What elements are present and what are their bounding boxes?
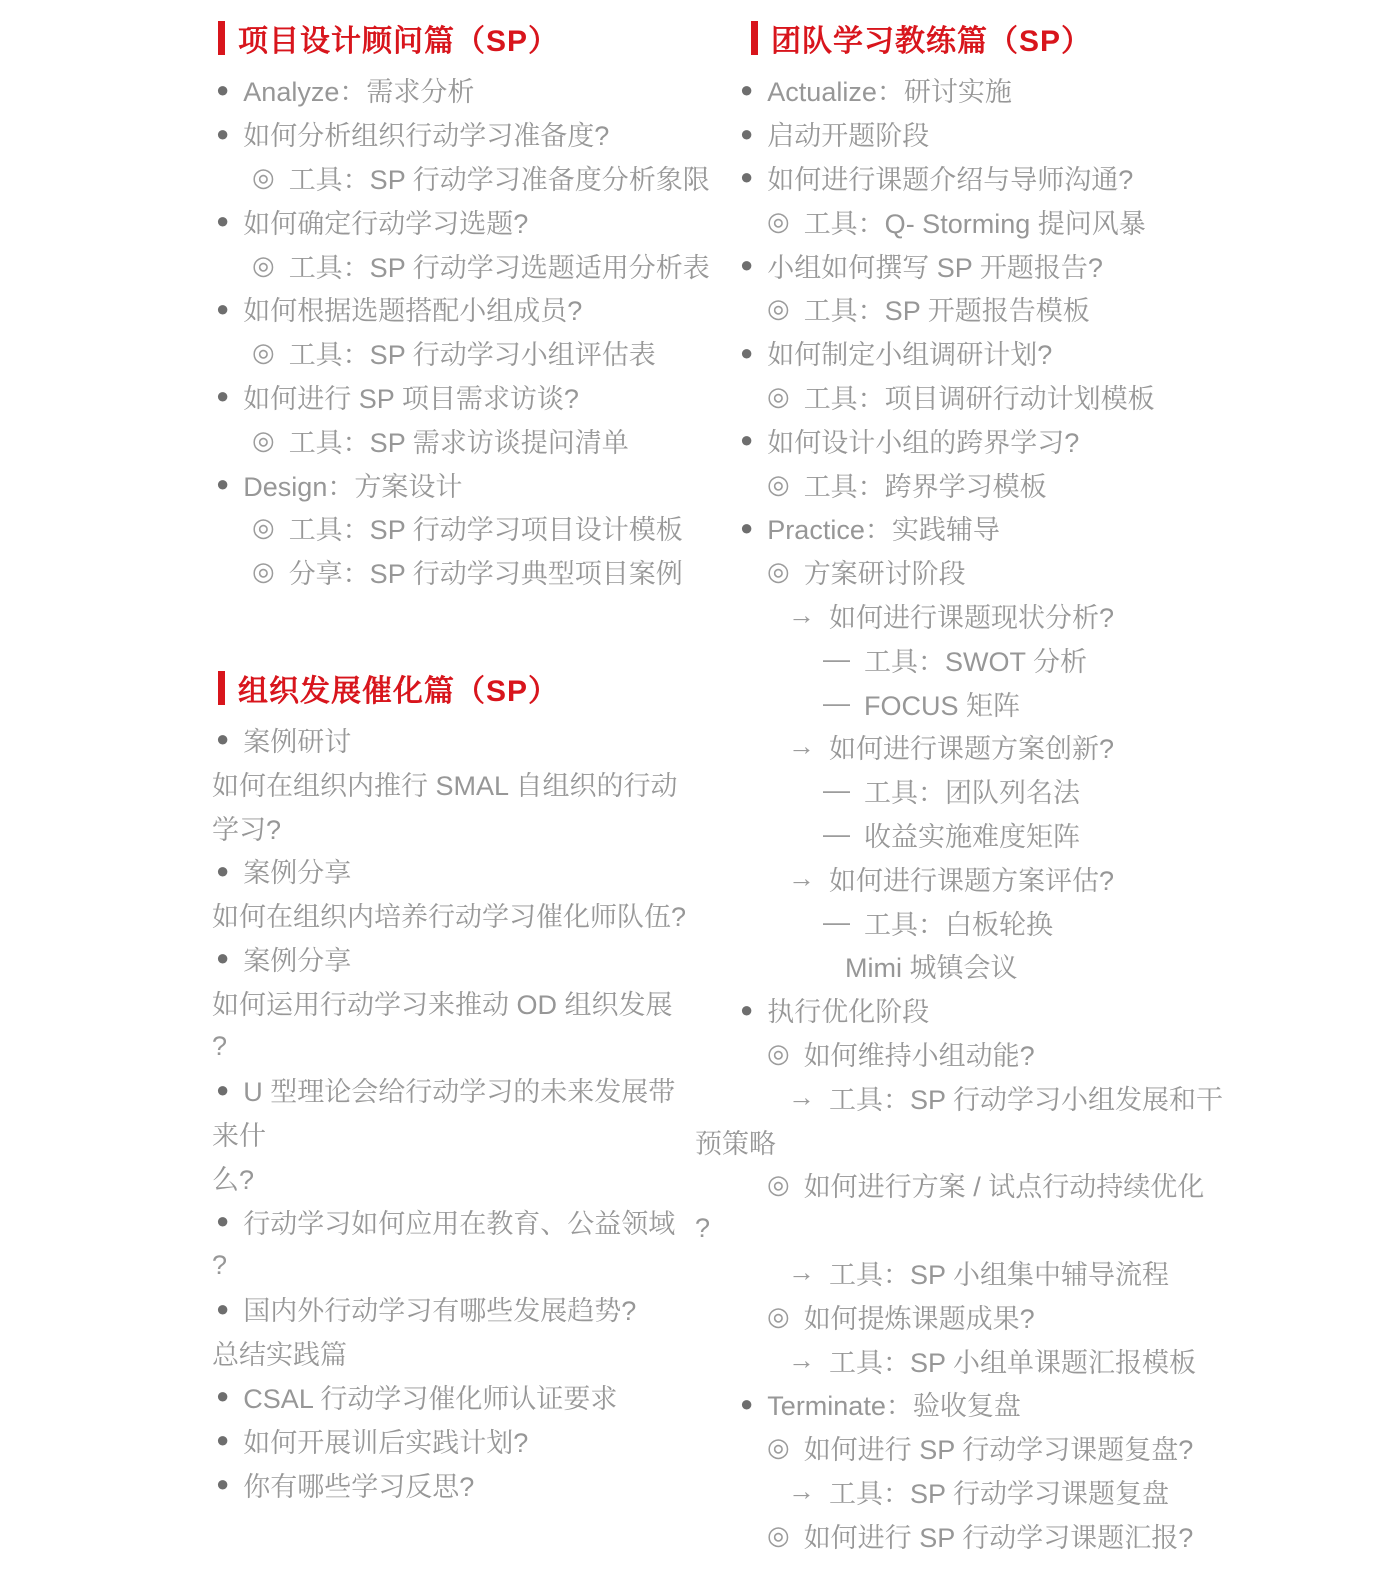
- arrow-icon: →: [788, 1476, 815, 1507]
- list-item-text: 执行优化阶段: [767, 990, 929, 1029]
- list-item-text: 启动开题阶段: [767, 114, 929, 153]
- section-title-bar-icon: [218, 671, 225, 705]
- list-item-text: FOCUS 矩阵: [864, 684, 1020, 723]
- list-item-text: 么?: [212, 1158, 254, 1197]
- list-item-text: 如何维持小组动能?: [804, 1034, 1035, 1073]
- list-item-text: 工具：SP 行动学习课题复盘: [829, 1472, 1169, 1511]
- list-item-text: Terminate：验收复盘: [767, 1384, 1021, 1423]
- bullet-icon: ●: [740, 252, 753, 278]
- list-item-text: 如何运用行动学习来推动 OD 组织发展: [212, 983, 673, 1022]
- list-item: —工具：白板轮换: [823, 900, 1255, 944]
- list-item: ●案例分享: [216, 849, 712, 893]
- section-items: ●案例研讨如何在组织内推行 SMAL 自组织的行动学习?●案例分享如何在组织内培…: [212, 712, 712, 1506]
- list-item-text: 案例研讨: [243, 720, 351, 759]
- list-item-text: 如何进行课题方案评估?: [829, 859, 1114, 898]
- list-item: 学习?: [212, 805, 712, 849]
- list-item: ◎如何维持小组动能?: [767, 1032, 1255, 1076]
- list-item: ●如何进行 SP 项目需求访谈?: [216, 375, 712, 419]
- list-item-text: 案例分享: [243, 851, 351, 890]
- list-item-text: Analyze：需求分析: [243, 70, 474, 109]
- list-item: Mimi 城镇会议: [845, 944, 1255, 988]
- bullet-icon: ●: [740, 121, 753, 147]
- list-item-text: 工具：SP 行动学习选题适用分析表: [289, 246, 710, 285]
- bullet-icon: ●: [740, 427, 753, 453]
- list-item-text: 学习?: [212, 808, 281, 847]
- bullseye-icon: ◎: [252, 512, 275, 543]
- section-header: 团队学习教练篇（SP）: [751, 14, 1255, 62]
- list-item: ●启动开题阶段: [740, 112, 1255, 156]
- list-item-text: 如何制定小组调研计划?: [767, 333, 1052, 372]
- list-item-text: 工具：Q- Storming 提问风暴: [804, 202, 1146, 241]
- list-item: —工具：团队列名法: [823, 769, 1255, 813]
- list-item-text: 国内外行动学习有哪些发展趋势?: [243, 1289, 636, 1328]
- arrow-icon: →: [788, 1082, 815, 1113]
- list-item: 总结实践篇: [212, 1331, 712, 1375]
- arrow-icon: →: [788, 600, 815, 631]
- list-item: ?: [212, 1024, 712, 1068]
- bullet-icon: ●: [216, 1077, 229, 1103]
- section-header: 组织发展催化篇（SP）: [218, 664, 712, 712]
- bullet-icon: ●: [216, 1208, 229, 1234]
- bullet-icon: ●: [216, 945, 229, 971]
- list-item-text: 如何进行 SP 行动学习课题复盘?: [804, 1428, 1194, 1467]
- list-item-text: 工具：SP 行动学习准备度分析象限: [289, 158, 710, 197]
- list-item-text: 如何设计小组的跨界学习?: [767, 421, 1079, 460]
- section: 项目设计顾问篇（SP）●Analyze：需求分析●如何分析组织行动学习准备度?◎…: [212, 14, 712, 594]
- list-item: ●U 型理论会给行动学习的未来发展带: [216, 1068, 712, 1112]
- list-item: ●Practice：实践辅导: [740, 506, 1255, 550]
- list-item-text: 工具：白板轮换: [864, 903, 1053, 942]
- bullseye-icon: ◎: [252, 425, 275, 456]
- list-item: ●Design：方案设计: [216, 462, 712, 506]
- list-item: ●行动学习如何应用在教育、公益领域: [216, 1199, 712, 1243]
- bullet-icon: ●: [740, 1391, 753, 1417]
- list-item: ?: [212, 1243, 712, 1287]
- list-item-text: 分享：SP 行动学习典型项目案例: [289, 552, 683, 591]
- list-item: →工具：SP 小组集中辅导流程: [788, 1251, 1255, 1295]
- list-item: ●案例分享: [216, 937, 712, 981]
- section-title-bar-icon: [218, 21, 225, 55]
- bullseye-icon: ◎: [767, 1301, 790, 1332]
- list-item: ●如何确定行动学习选题?: [216, 199, 712, 243]
- list-item: ◎工具：SP 行动学习准备度分析象限: [252, 156, 712, 200]
- bullet-icon: ●: [216, 471, 229, 497]
- list-item-text: 如何根据选题搭配小组成员?: [243, 289, 582, 328]
- list-item-text: ?: [695, 1213, 710, 1244]
- list-item: →如何进行课题方案评估?: [788, 856, 1255, 900]
- list-item-text: Practice：实践辅导: [767, 508, 1000, 547]
- list-item: 预策略: [695, 1119, 1255, 1163]
- list-item: ●Terminate：验收复盘: [740, 1382, 1255, 1426]
- section-title: 项目设计顾问篇（SP）: [238, 16, 559, 60]
- bullet-icon: ●: [216, 77, 229, 103]
- list-item-text: 方案研讨阶段: [804, 552, 966, 591]
- bullseye-icon: ◎: [252, 162, 275, 193]
- list-item-text: 工具：SP 开题报告模板: [804, 289, 1090, 328]
- section-title-bar-icon: [751, 21, 758, 55]
- dash-icon: —: [823, 775, 850, 806]
- bullet-icon: ●: [216, 726, 229, 752]
- list-item-text: 如何进行方案 / 试点行动持续优化: [804, 1165, 1205, 1204]
- arrow-icon: →: [788, 1345, 815, 1376]
- dash-icon: —: [823, 907, 850, 938]
- bullet-icon: ●: [216, 1471, 229, 1497]
- list-item: ◎如何进行 SP 行动学习课题复盘?: [767, 1426, 1255, 1470]
- list-item: 来什: [212, 1112, 712, 1156]
- list-item: ●CSAL 行动学习催化师认证要求: [216, 1375, 712, 1419]
- bullseye-icon: ◎: [252, 556, 275, 587]
- list-item: ●如何设计小组的跨界学习?: [740, 418, 1255, 462]
- list-item: ◎工具：SP 行动学习项目设计模板: [252, 506, 712, 550]
- list-item-text: 预策略: [695, 1122, 776, 1161]
- list-item: ◎方案研讨阶段: [767, 550, 1255, 594]
- bullseye-icon: ◎: [252, 250, 275, 281]
- section: 团队学习教练篇（SP）●Actualize：研讨实施●启动开题阶段●如何进行课题…: [695, 14, 1255, 1557]
- dash-icon: —: [823, 644, 850, 675]
- list-item: ◎分享：SP 行动学习典型项目案例: [252, 550, 712, 594]
- list-item-text: CSAL 行动学习催化师认证要求: [243, 1377, 617, 1416]
- list-item-text: 工具：SP 行动学习小组评估表: [289, 333, 656, 372]
- list-item: 如何运用行动学习来推动 OD 组织发展: [212, 980, 712, 1024]
- list-item-text: 来什: [212, 1114, 266, 1153]
- list-item-text: 工具：团队列名法: [864, 771, 1080, 810]
- list-item: ●如何制定小组调研计划?: [740, 331, 1255, 375]
- list-item-text: Actualize：研讨实施: [767, 70, 1012, 109]
- arrow-icon: →: [788, 863, 815, 894]
- bullseye-icon: ◎: [767, 1520, 790, 1551]
- column-right: 团队学习教练篇（SP）●Actualize：研讨实施●启动开题阶段●如何进行课题…: [695, 14, 1255, 1557]
- list-item: ●Actualize：研讨实施: [740, 68, 1255, 112]
- bullet-icon: ●: [740, 77, 753, 103]
- bullet-icon: ●: [216, 1427, 229, 1453]
- bullet-icon: ●: [740, 340, 753, 366]
- list-item-text: 工具：SWOT 分析: [864, 640, 1087, 679]
- section-title: 组织发展催化篇（SP）: [238, 666, 559, 710]
- list-item-text: Design：方案设计: [243, 465, 462, 504]
- bullseye-icon: ◎: [767, 1432, 790, 1463]
- list-item: —收益实施难度矩阵: [823, 813, 1255, 857]
- list-item-text: 工具：SP 需求访谈提问清单: [289, 421, 629, 460]
- list-item: ●Analyze：需求分析: [216, 68, 712, 112]
- list-item: ●国内外行动学习有哪些发展趋势?: [216, 1287, 712, 1331]
- list-item: ●如何开展训后实践计划?: [216, 1418, 712, 1462]
- arrow-icon: →: [788, 731, 815, 762]
- bullet-icon: ●: [740, 997, 753, 1023]
- list-item-text: 你有哪些学习反思?: [243, 1465, 474, 1504]
- dash-icon: —: [823, 819, 850, 850]
- bullet-icon: ●: [216, 208, 229, 234]
- list-item-text: 案例分享: [243, 939, 351, 978]
- list-item-text: 如何进行 SP 项目需求访谈?: [243, 377, 579, 416]
- list-item-text: 如何进行课题现状分析?: [829, 596, 1114, 635]
- list-item: —工具：SWOT 分析: [823, 637, 1255, 681]
- bullet-icon: ●: [740, 515, 753, 541]
- list-item: ●如何进行课题介绍与导师沟通?: [740, 156, 1255, 200]
- list-item-text: 如何在组织内培养行动学习催化师队伍?: [212, 895, 686, 934]
- list-item: 如何在组织内推行 SMAL 自组织的行动: [212, 761, 712, 805]
- list-item: →工具：SP 行动学习课题复盘: [788, 1470, 1255, 1514]
- list-item: →工具：SP 行动学习小组发展和干: [788, 1075, 1255, 1119]
- list-item: →如何进行课题现状分析?: [788, 594, 1255, 638]
- list-item: 么?: [212, 1156, 712, 1200]
- bullseye-icon: ◎: [252, 337, 275, 368]
- list-item: ◎工具：SP 行动学习选题适用分析表: [252, 243, 712, 287]
- list-item: ◎工具：SP 需求访谈提问清单: [252, 418, 712, 462]
- list-item: ●如何根据选题搭配小组成员?: [216, 287, 712, 331]
- section-title: 团队学习教练篇（SP）: [771, 16, 1092, 60]
- bullseye-icon: ◎: [767, 1038, 790, 1069]
- list-item: ◎如何进行 SP 行动学习课题汇报?: [767, 1513, 1255, 1557]
- list-item: →如何进行课题方案创新?: [788, 725, 1255, 769]
- list-item-text: ?: [212, 1250, 227, 1281]
- list-item-text: 工具：SP 小组单课题汇报模板: [829, 1341, 1196, 1380]
- bullseye-icon: ◎: [767, 556, 790, 587]
- column-left: 项目设计顾问篇（SP）●Analyze：需求分析●如何分析组织行动学习准备度?◎…: [212, 14, 712, 1506]
- list-item-text: 如何确定行动学习选题?: [243, 202, 528, 241]
- list-item-text: 工具：跨界学习模板: [804, 465, 1047, 504]
- bullseye-icon: ◎: [767, 293, 790, 324]
- list-item: ●如何分析组织行动学习准备度?: [216, 112, 712, 156]
- list-item: ●你有哪些学习反思?: [216, 1462, 712, 1506]
- list-item-text: Mimi 城镇会议: [845, 946, 1017, 985]
- dash-icon: —: [823, 688, 850, 719]
- list-item-text: 如何进行 SP 行动学习课题汇报?: [804, 1516, 1194, 1555]
- list-item-text: 工具：SP 行动学习项目设计模板: [289, 508, 683, 547]
- list-item-text: 如何进行课题方案创新?: [829, 727, 1114, 766]
- bullet-icon: ●: [740, 164, 753, 190]
- list-item: ◎工具：跨界学习模板: [767, 462, 1255, 506]
- list-item: ?: [695, 1207, 1255, 1251]
- list-item-text: 收益实施难度矩阵: [864, 815, 1080, 854]
- list-item-text: 工具：SP 行动学习小组发展和干: [829, 1078, 1223, 1117]
- section-header: 项目设计顾问篇（SP）: [218, 14, 712, 62]
- list-item-text: U 型理论会给行动学习的未来发展带: [243, 1070, 675, 1109]
- bullet-icon: ●: [216, 121, 229, 147]
- bullseye-icon: ◎: [767, 469, 790, 500]
- bullet-icon: ●: [216, 1383, 229, 1409]
- list-item: ●执行优化阶段: [740, 988, 1255, 1032]
- section-items: ●Actualize：研讨实施●启动开题阶段●如何进行课题介绍与导师沟通?◎工具…: [695, 62, 1255, 1557]
- bullet-icon: ●: [216, 1296, 229, 1322]
- section: 组织发展催化篇（SP）●案例研讨如何在组织内推行 SMAL 自组织的行动学习?●…: [212, 664, 712, 1506]
- list-item-text: ?: [212, 1031, 227, 1062]
- bullseye-icon: ◎: [767, 381, 790, 412]
- list-item-text: 如何在组织内推行 SMAL 自组织的行动: [212, 764, 678, 803]
- bullet-icon: ●: [216, 296, 229, 322]
- list-item-text: 工具：SP 小组集中辅导流程: [829, 1253, 1169, 1292]
- section-items: ●Analyze：需求分析●如何分析组织行动学习准备度?◎工具：SP 行动学习准…: [212, 62, 712, 594]
- list-item: ◎工具：SP 开题报告模板: [767, 287, 1255, 331]
- list-item: ◎如何进行方案 / 试点行动持续优化: [767, 1163, 1255, 1207]
- list-item-text: 如何进行课题介绍与导师沟通?: [767, 158, 1133, 197]
- list-item: —FOCUS 矩阵: [823, 681, 1255, 725]
- list-item-text: 如何提炼课题成果?: [804, 1297, 1035, 1336]
- arrow-icon: →: [788, 1257, 815, 1288]
- list-item: →工具：SP 小组单课题汇报模板: [788, 1338, 1255, 1382]
- bullseye-icon: ◎: [767, 206, 790, 237]
- list-item: ●案例研讨: [216, 718, 712, 762]
- list-item-text: 如何开展训后实践计划?: [243, 1421, 528, 1460]
- list-item-text: 行动学习如何应用在教育、公益领域: [243, 1202, 675, 1241]
- list-item-text: 总结实践篇: [212, 1333, 347, 1372]
- bullet-icon: ●: [216, 858, 229, 884]
- list-item: ●小组如何撰写 SP 开题报告?: [740, 243, 1255, 287]
- list-item: 如何在组织内培养行动学习催化师队伍?: [212, 893, 712, 937]
- bullseye-icon: ◎: [767, 1169, 790, 1200]
- list-item: ◎工具：项目调研行动计划模板: [767, 375, 1255, 419]
- list-item: ◎工具：Q- Storming 提问风暴: [767, 199, 1255, 243]
- list-item-text: 如何分析组织行动学习准备度?: [243, 114, 609, 153]
- list-item: ◎如何提炼课题成果?: [767, 1294, 1255, 1338]
- list-item: ◎工具：SP 行动学习小组评估表: [252, 331, 712, 375]
- list-item-text: 工具：项目调研行动计划模板: [804, 377, 1155, 416]
- list-item-text: 小组如何撰写 SP 开题报告?: [767, 246, 1103, 285]
- bullet-icon: ●: [216, 383, 229, 409]
